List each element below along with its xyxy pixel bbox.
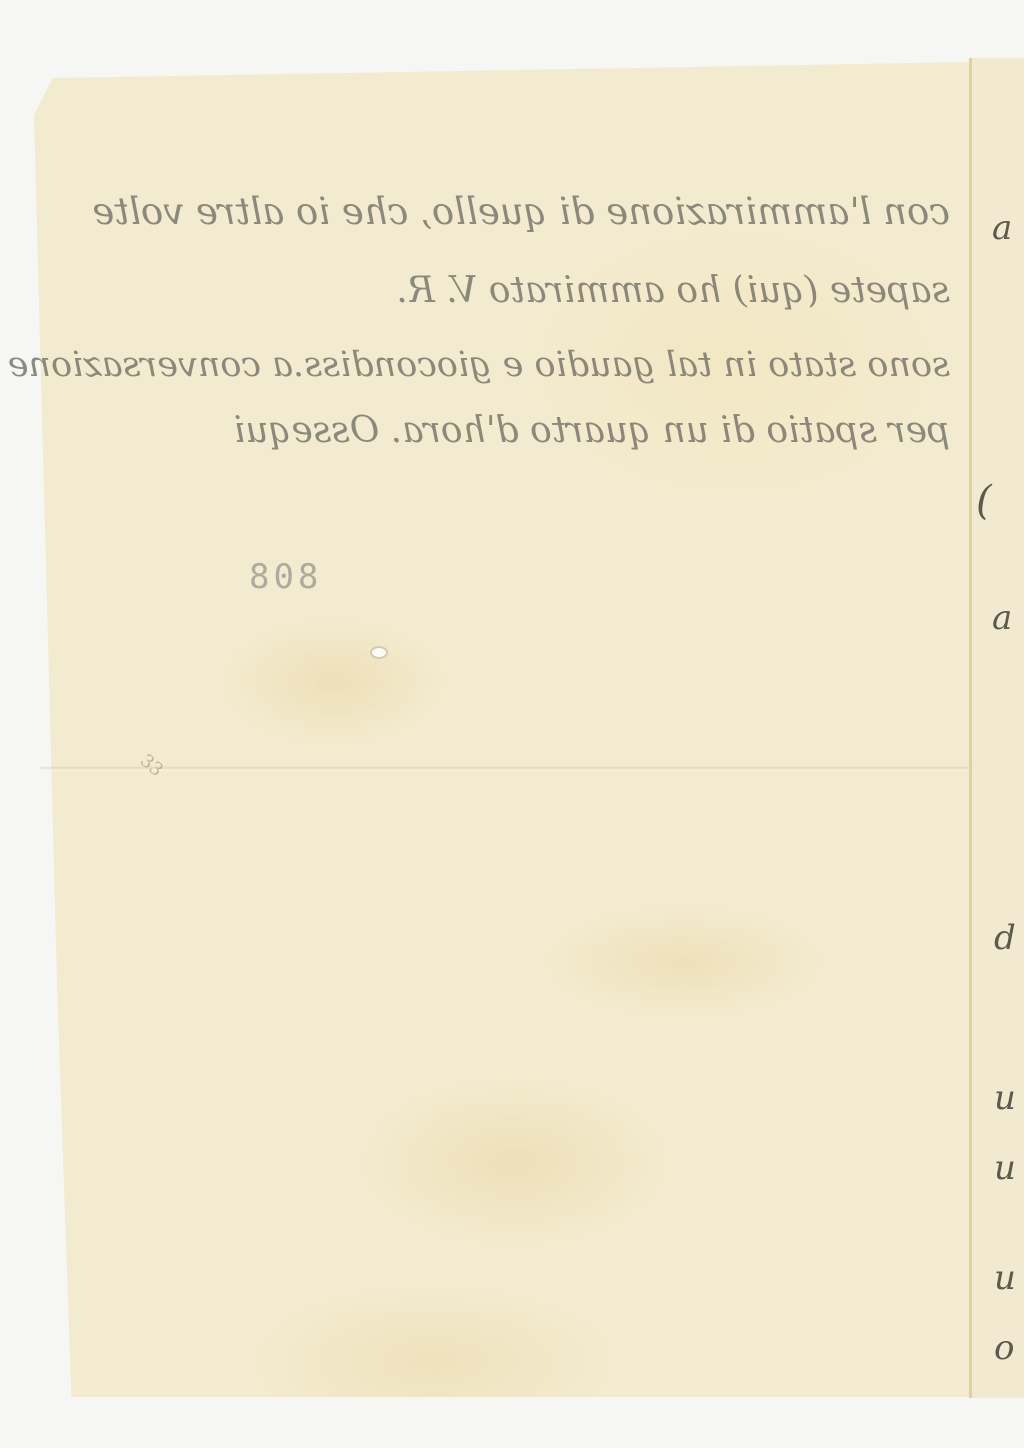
manuscript-line-2: sapete (qui) ho ammirato V. R. — [490, 270, 950, 311]
strip-letter: u — [994, 1148, 1016, 1188]
strip-letter: u — [994, 1078, 1016, 1118]
strip-letter: d — [994, 918, 1016, 958]
manuscript-line-3: sono stato in tal gaudio e giocondiss.a … — [65, 345, 950, 385]
strip-letter: o — [994, 1328, 1014, 1368]
manuscript-page — [34, 62, 969, 1397]
adjacent-page-strip: a ( a d u u u o — [969, 58, 1024, 1398]
fold-line — [40, 766, 970, 772]
strip-letter: a — [992, 208, 1012, 248]
strip-letter: a — [992, 598, 1012, 638]
archive-stamp-number: 808 — [245, 557, 318, 597]
manuscript-line-1: con l'ammirazione di quello, che io altr… — [120, 190, 950, 233]
manuscript-line-4: per spatio di un quarto d'hora. Ossequi — [200, 410, 950, 451]
strip-letter: u — [994, 1258, 1016, 1298]
paper-hole — [372, 648, 386, 657]
strip-letter: ( — [976, 478, 992, 524]
